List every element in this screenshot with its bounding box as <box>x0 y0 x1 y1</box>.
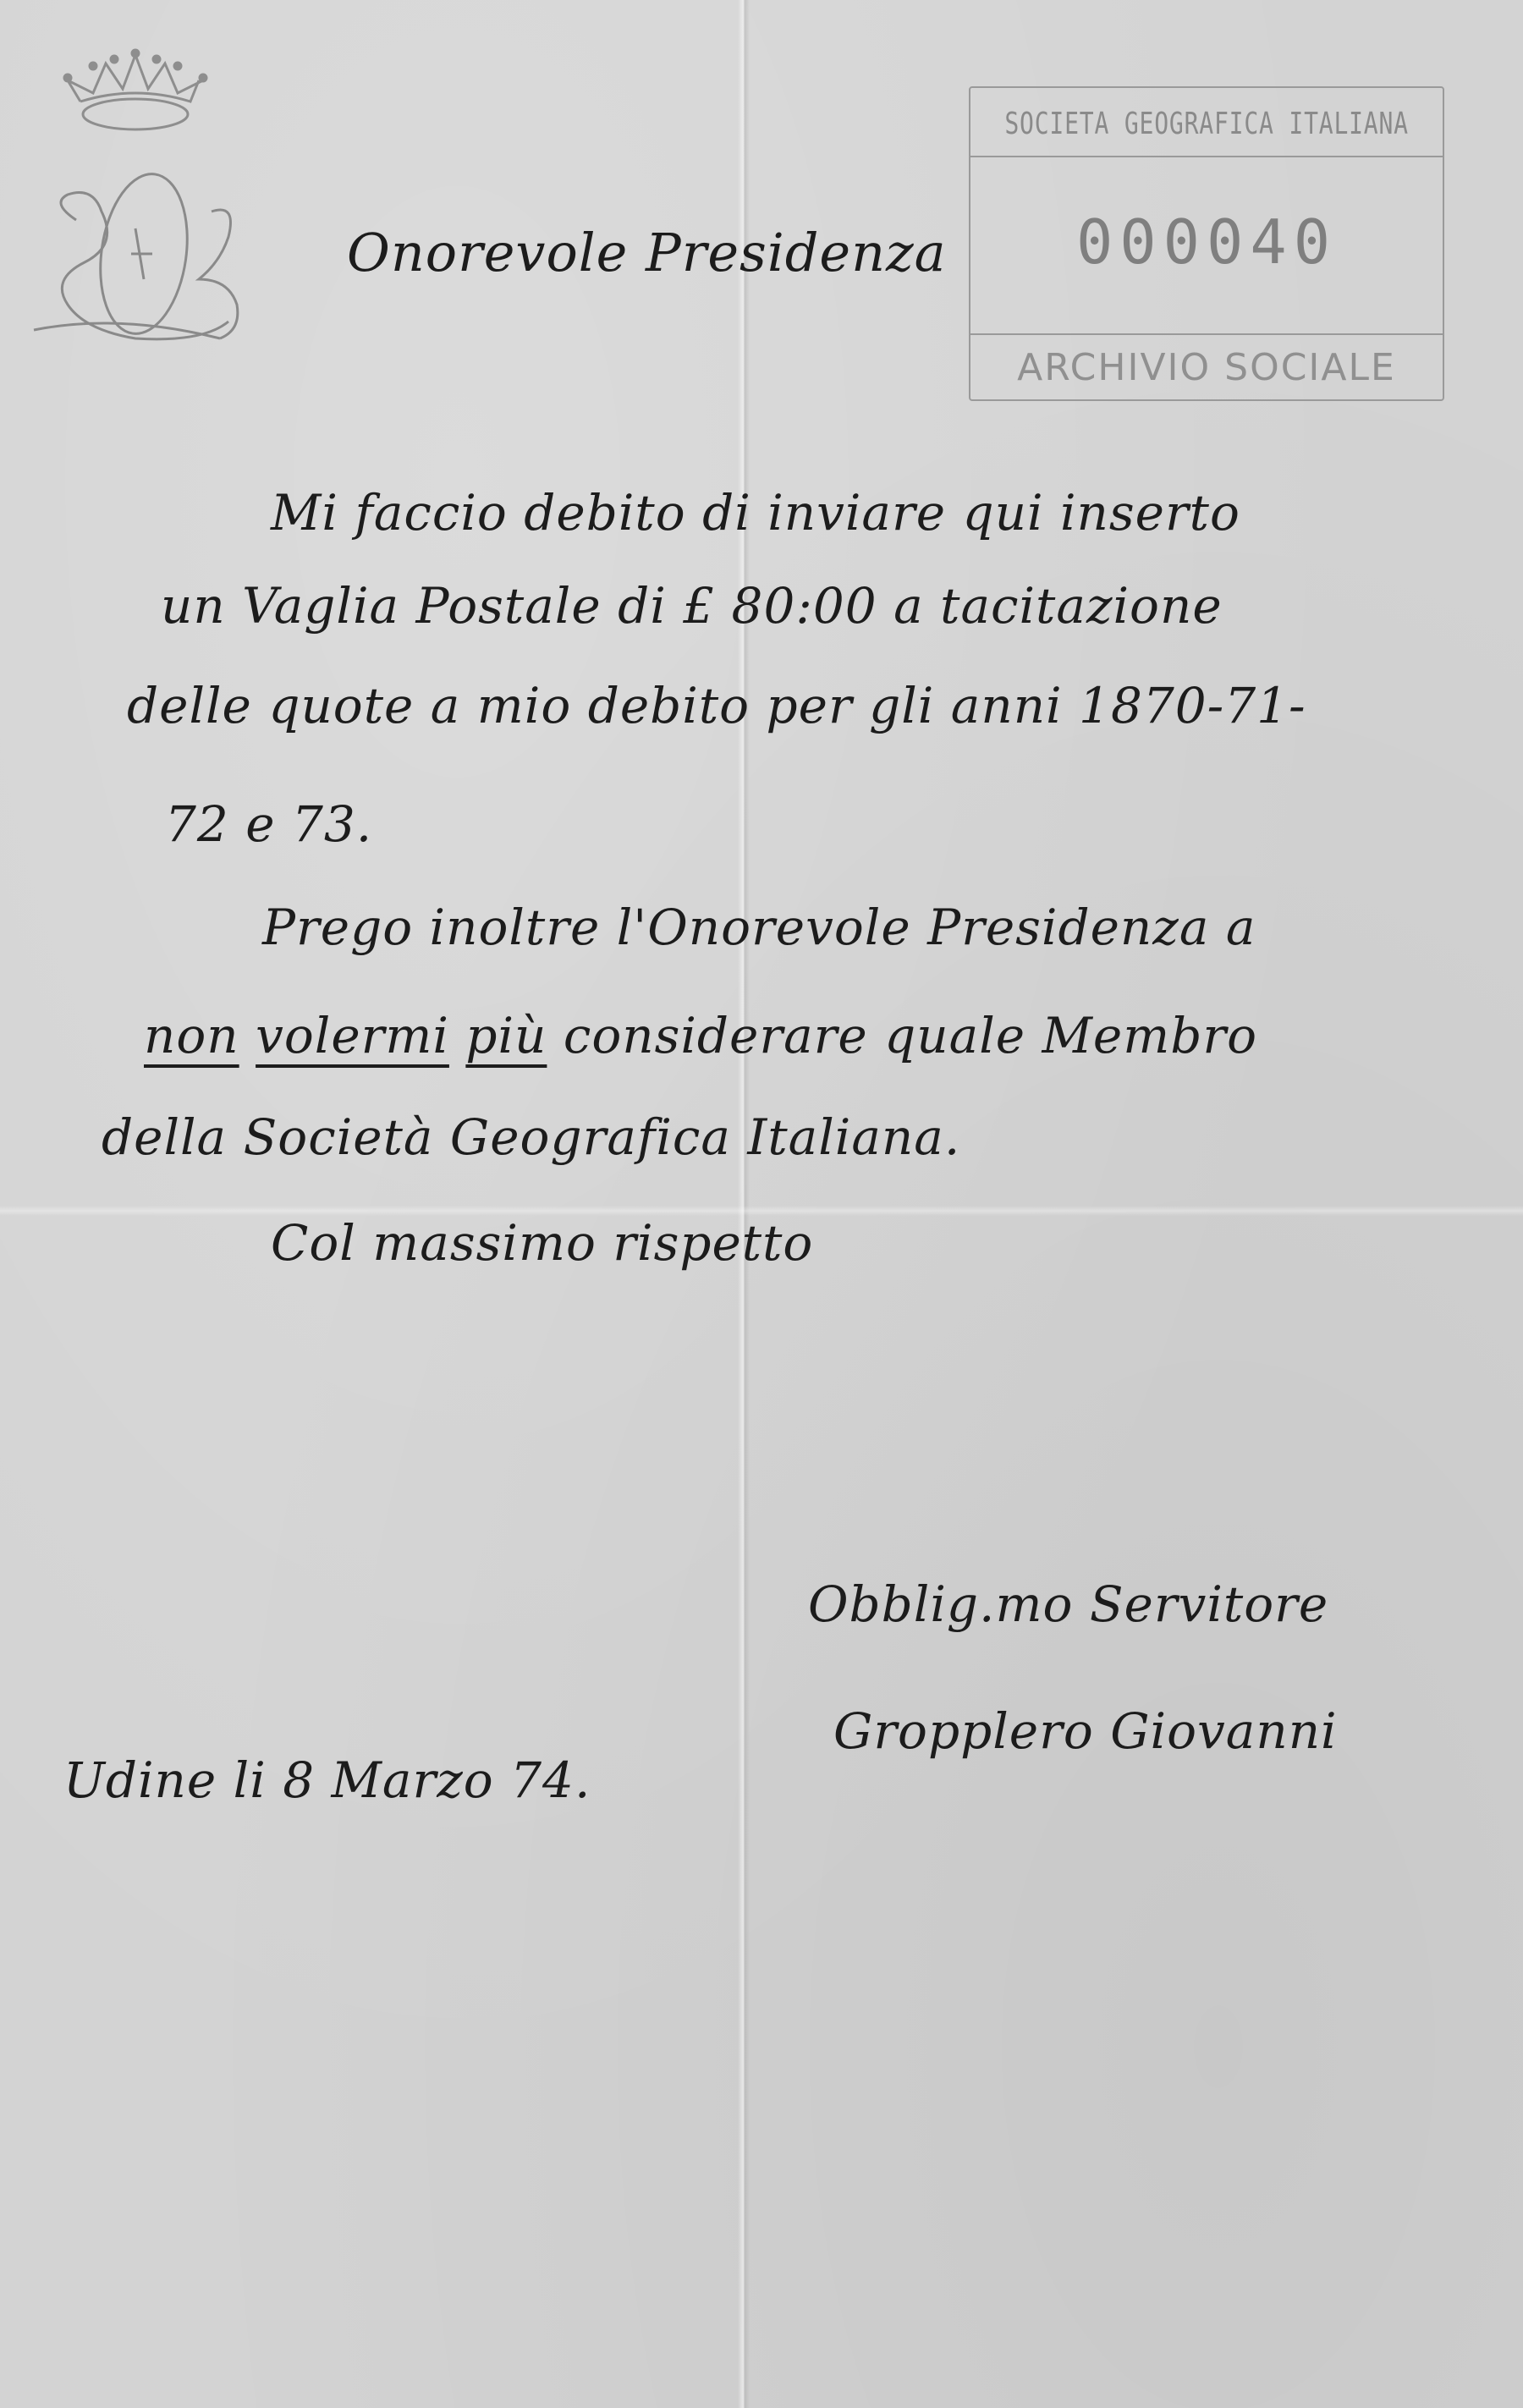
body-line-2: un Vaglia Postale di £ 80:00 a tacitazio… <box>161 577 1223 635</box>
date-place: Udine li 8 Marzo 74. <box>63 1751 591 1809</box>
underlined-word: più <box>465 1007 547 1064</box>
crown-icon <box>64 50 206 129</box>
archive-stamp: SOCIETA GEOGRAFICA ITALIANA 000040 ARCHI… <box>969 86 1444 401</box>
body-line-6: non volermi più considerare quale Membro <box>144 1007 1257 1064</box>
stamp-divider <box>970 156 1443 157</box>
stamp-footer: ARCHIVIO SOCIALE <box>970 333 1443 399</box>
body-line-7: della Società Geografica Italiana. <box>102 1108 960 1166</box>
vertical-fold-crease <box>738 0 750 2408</box>
body-line-8: Col massimo rispetto <box>271 1214 813 1272</box>
signature: Gropplero Giovanni <box>833 1702 1338 1760</box>
underlined-word: non <box>144 1007 239 1064</box>
body-line-6-rest: considerare quale Membro <box>564 1007 1257 1064</box>
salutation: Onorevole Presidenza <box>347 222 947 283</box>
body-line-5: Prego inoltre l'Onorevole Presidenza a <box>262 899 1256 956</box>
body-line-3: delle quote a mio debito per gli anni 18… <box>127 677 1306 734</box>
monogram-icon <box>34 168 238 339</box>
stamp-archive-number: 000040 <box>970 206 1443 278</box>
letterhead-crest <box>17 25 254 364</box>
stamp-title: SOCIETA GEOGRAFICA ITALIANA <box>970 88 1442 156</box>
underlined-word: volermi <box>256 1007 449 1064</box>
closing-servitore: Obblig.mo Servitore <box>808 1575 1328 1633</box>
body-line-4: 72 e 73. <box>165 795 372 853</box>
body-line-1: Mi faccio debito di inviare qui inserto <box>271 484 1240 542</box>
